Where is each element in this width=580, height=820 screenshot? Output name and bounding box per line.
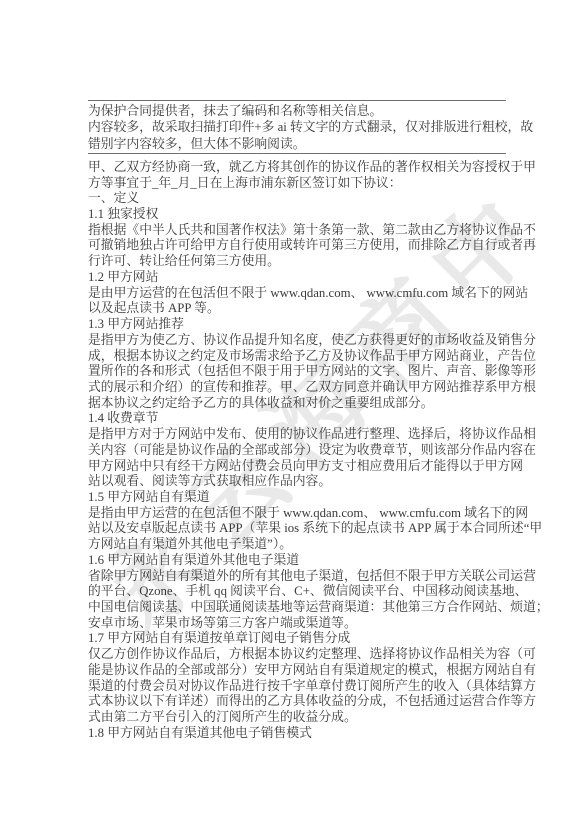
body-line: 甲方网站中只有经干方网站付费会员向甲方支寸相应费用后才能得以于甲方网 (88, 459, 506, 475)
body-line: 成，根据本协议之约定及市场需求给予乙方及协议作品于甲方网站商业，产告位 (88, 349, 506, 365)
body-line: 省除甲方网站自有渠道外的所有其他电子渠道，包括但不限于甲方关联公司运营 (88, 569, 506, 585)
body-line: 关内容（可能是协议作品的全部或部分）设定为收费章节，则该部分作品内容在 (88, 443, 506, 459)
body-line: 式本协议以下有详述）而得出的乙方具体收益的分成，不包括通过运营合作等方 (88, 694, 506, 710)
contract-body: 甲、乙双方经协商一致，就乙方将其创作的协议作品的著作权相关为容授权于甲方等事宜于… (88, 160, 506, 742)
body-line: 是指甲方为使乙方、协议作品提升知名度，使乙方获得更好的市场收益及销售分 (88, 333, 506, 349)
body-line: 行许可、转让给任何第三方使用。 (88, 254, 506, 270)
body-line: 可撤销地独占许可给甲方自行使用或转许可第三方使用，而排除乙方自行或者再 (88, 238, 506, 254)
body-line: 一、定义 (88, 191, 506, 207)
body-line: 1.2 甲方网站 (88, 270, 506, 286)
document-content: 为保护合同提供者，抹去了编码和名称等相关信息。内容较多，故采取扫描打印件+多 a… (88, 100, 506, 741)
body-line: 的平台、Qzone、手机 qq 阅读平台、C+、微信阅读平台、中国移动阅读基地、 (88, 584, 506, 600)
body-line: 1.7 甲方网站自有渠道按单章订阅电子销售分成 (88, 631, 506, 647)
body-line: 仅乙方创作协议作品后，方根据本协议约定整理、选择将协议作品相关为容（可 (88, 647, 506, 663)
body-line: 安卓市场、苹果市场等第三方客户端或渠道等。 (88, 616, 506, 632)
body-line: 式的展示和介绍）的宣传和推荐。甲、乙双方同意并确认甲方网站推荐系甲方根 (88, 380, 506, 396)
body-line: 置所作的各和形式（包括但不限于用于甲方网站的文字、图片、声音、影像等形 (88, 364, 506, 380)
body-line: 方网站自有渠道外其他电子渠道”）。 (88, 537, 506, 553)
note-line: 为保护合同提供者，抹去了编码和名称等相关信息。 (88, 103, 506, 119)
body-line: 1.1 独家授权 (88, 207, 506, 223)
body-line: 以及起点读书 APP 等。 (88, 301, 506, 317)
body-line: 1.3 甲方网站推荐 (88, 317, 506, 333)
body-line: 1.5 甲方网站自有渠道 (88, 490, 506, 506)
body-line: 站以观看、阅读等方式获取相应作品内容。 (88, 474, 506, 490)
note-line: 错别字内容较多，但大体不影响阅读。 (88, 136, 506, 152)
body-line: 是由甲方运营的在包活但不限于 www.qdan.com、 www.cmfu.co… (88, 286, 506, 302)
note-line: 内容较多，故采取扫描打印件+多 ai 转文字的方式翻录，仅对排版进行粗校，故 (88, 119, 506, 135)
note-bottom-rule (88, 153, 506, 154)
body-line: 甲、乙双方经协商一致，就乙方将其创作的协议作品的著作权相关为容授权于甲 (88, 160, 506, 176)
transcriber-note: 为保护合同提供者，抹去了编码和名称等相关信息。内容较多，故采取扫描打印件+多 a… (88, 101, 506, 153)
body-line: 指根据《中半人氏共和国著作权法》第十条第一款、第二款由乙方将协议作品不 (88, 223, 506, 239)
body-line: 能是协议作品的全部或部分）安甲方网站自有渠道规定的模式，根据方网站自有 (88, 663, 506, 679)
scanned-contract-page: 永云海商中 为保护合同提供者，抹去了编码和名称等相关信息。内容较多，故采取扫描打… (0, 0, 580, 820)
body-line: 方等事宜于_年_月_日在上海市浦东新区签订如下协议： (88, 176, 506, 192)
body-line: 是指甲方对于方网站中发布、使用的协议作品进行整理、选择后，将协议作品相 (88, 427, 506, 443)
body-line: 中国电信阅读基、中国联通阅读基地等运营商渠道：其他第三方合作网站、烦道； (88, 600, 506, 616)
body-line: 1.4 收费章节 (88, 411, 506, 427)
body-line: 是指由甲方运营的在包活但不限于 www.qdan.com、 www.cmfu.c… (88, 506, 506, 522)
body-line: 1.8 甲方网站自有渠道其他电子销售模式 (88, 726, 506, 742)
body-line: 1.6 甲方网站自有渠道外其他电子渠道 (88, 553, 506, 569)
body-line: 站以及安卓版起点读书 APP（苹果 ios 系统下的起点读书 APP 属于本合同… (88, 521, 506, 537)
body-line: 据本协议之约定给予乙方的具体收益和对价之重要组成部分。 (88, 396, 506, 412)
body-line: 渠道的付费会员对协议作品进行按千字单章付费订阅所产生的收入（具体结算方 (88, 679, 506, 695)
body-line: 式由第二方平台引入的汀阅所产生的收益分成。 (88, 710, 506, 726)
